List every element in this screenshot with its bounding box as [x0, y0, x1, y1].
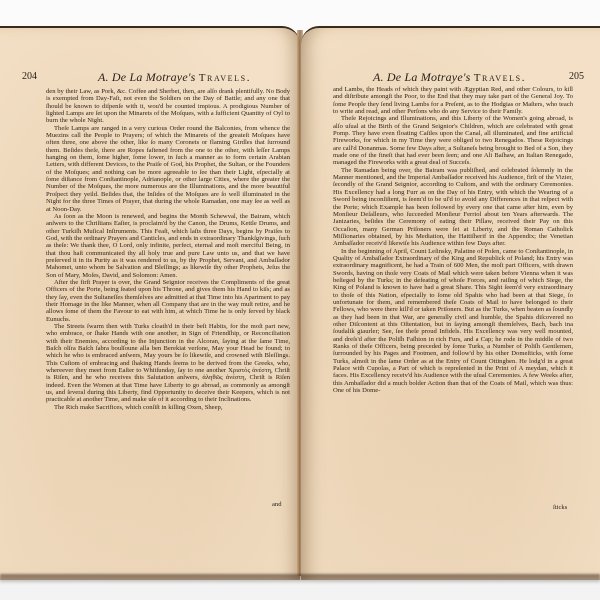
paragraph: The Ramadan being over, the Bairam was p…	[333, 167, 573, 248]
open-book: 204 A. De La Motraye's Travels. den by t…	[0, 22, 600, 584]
paragraph: The Rich make Sacrifices, which conſiſt …	[46, 404, 290, 411]
running-title: A. De La Motraye's Travels.	[98, 70, 251, 85]
paragraph: and Lambs, the Heads of which they paint…	[333, 86, 573, 115]
catchword: and	[272, 501, 282, 508]
paragraph: The Streets ſwarm then with Turks cloath…	[46, 323, 290, 404]
left-running-head: 204 A. De La Motraye's Travels.	[0, 71, 300, 87]
right-page-text: and Lambs, the Heads of which they paint…	[333, 86, 573, 394]
right-running-head: A. De La Motraye's Travels. 205	[301, 71, 600, 87]
running-title-main: A. De La Motraye's	[373, 70, 474, 84]
paragraph: In the beginning of April, Count Leſinsk…	[333, 248, 573, 395]
catchword: ſticks	[553, 504, 567, 511]
left-page: 204 A. De La Motraye's Travels. den by t…	[0, 26, 300, 580]
right-page: A. De La Motraye's Travels. 205 and Lamb…	[301, 26, 600, 580]
left-page-text: den by their Law, as Pork, &c. Coffee an…	[46, 88, 290, 411]
paragraph: Theſe Lamps are ranged in a very curious…	[46, 125, 290, 213]
running-title-caps: Travels.	[199, 72, 251, 84]
running-title-main: A. De La Motraye's	[98, 70, 199, 84]
page-number: 204	[22, 71, 37, 82]
page-number: 205	[569, 71, 584, 82]
paragraph: After the firſt Prayer is over, the Gran…	[46, 279, 290, 323]
paragraph: As ſoon as the Moon is renewed, and begi…	[46, 213, 290, 279]
paragraph: Theſe Rejoicings and Illuminations, and …	[333, 115, 573, 166]
running-title-caps: Travels.	[474, 72, 526, 84]
running-title: A. De La Motraye's Travels.	[373, 70, 526, 85]
book-bottom-shadow	[0, 574, 600, 584]
paragraph: den by their Law, as Pork, &c. Coffee an…	[46, 88, 290, 125]
